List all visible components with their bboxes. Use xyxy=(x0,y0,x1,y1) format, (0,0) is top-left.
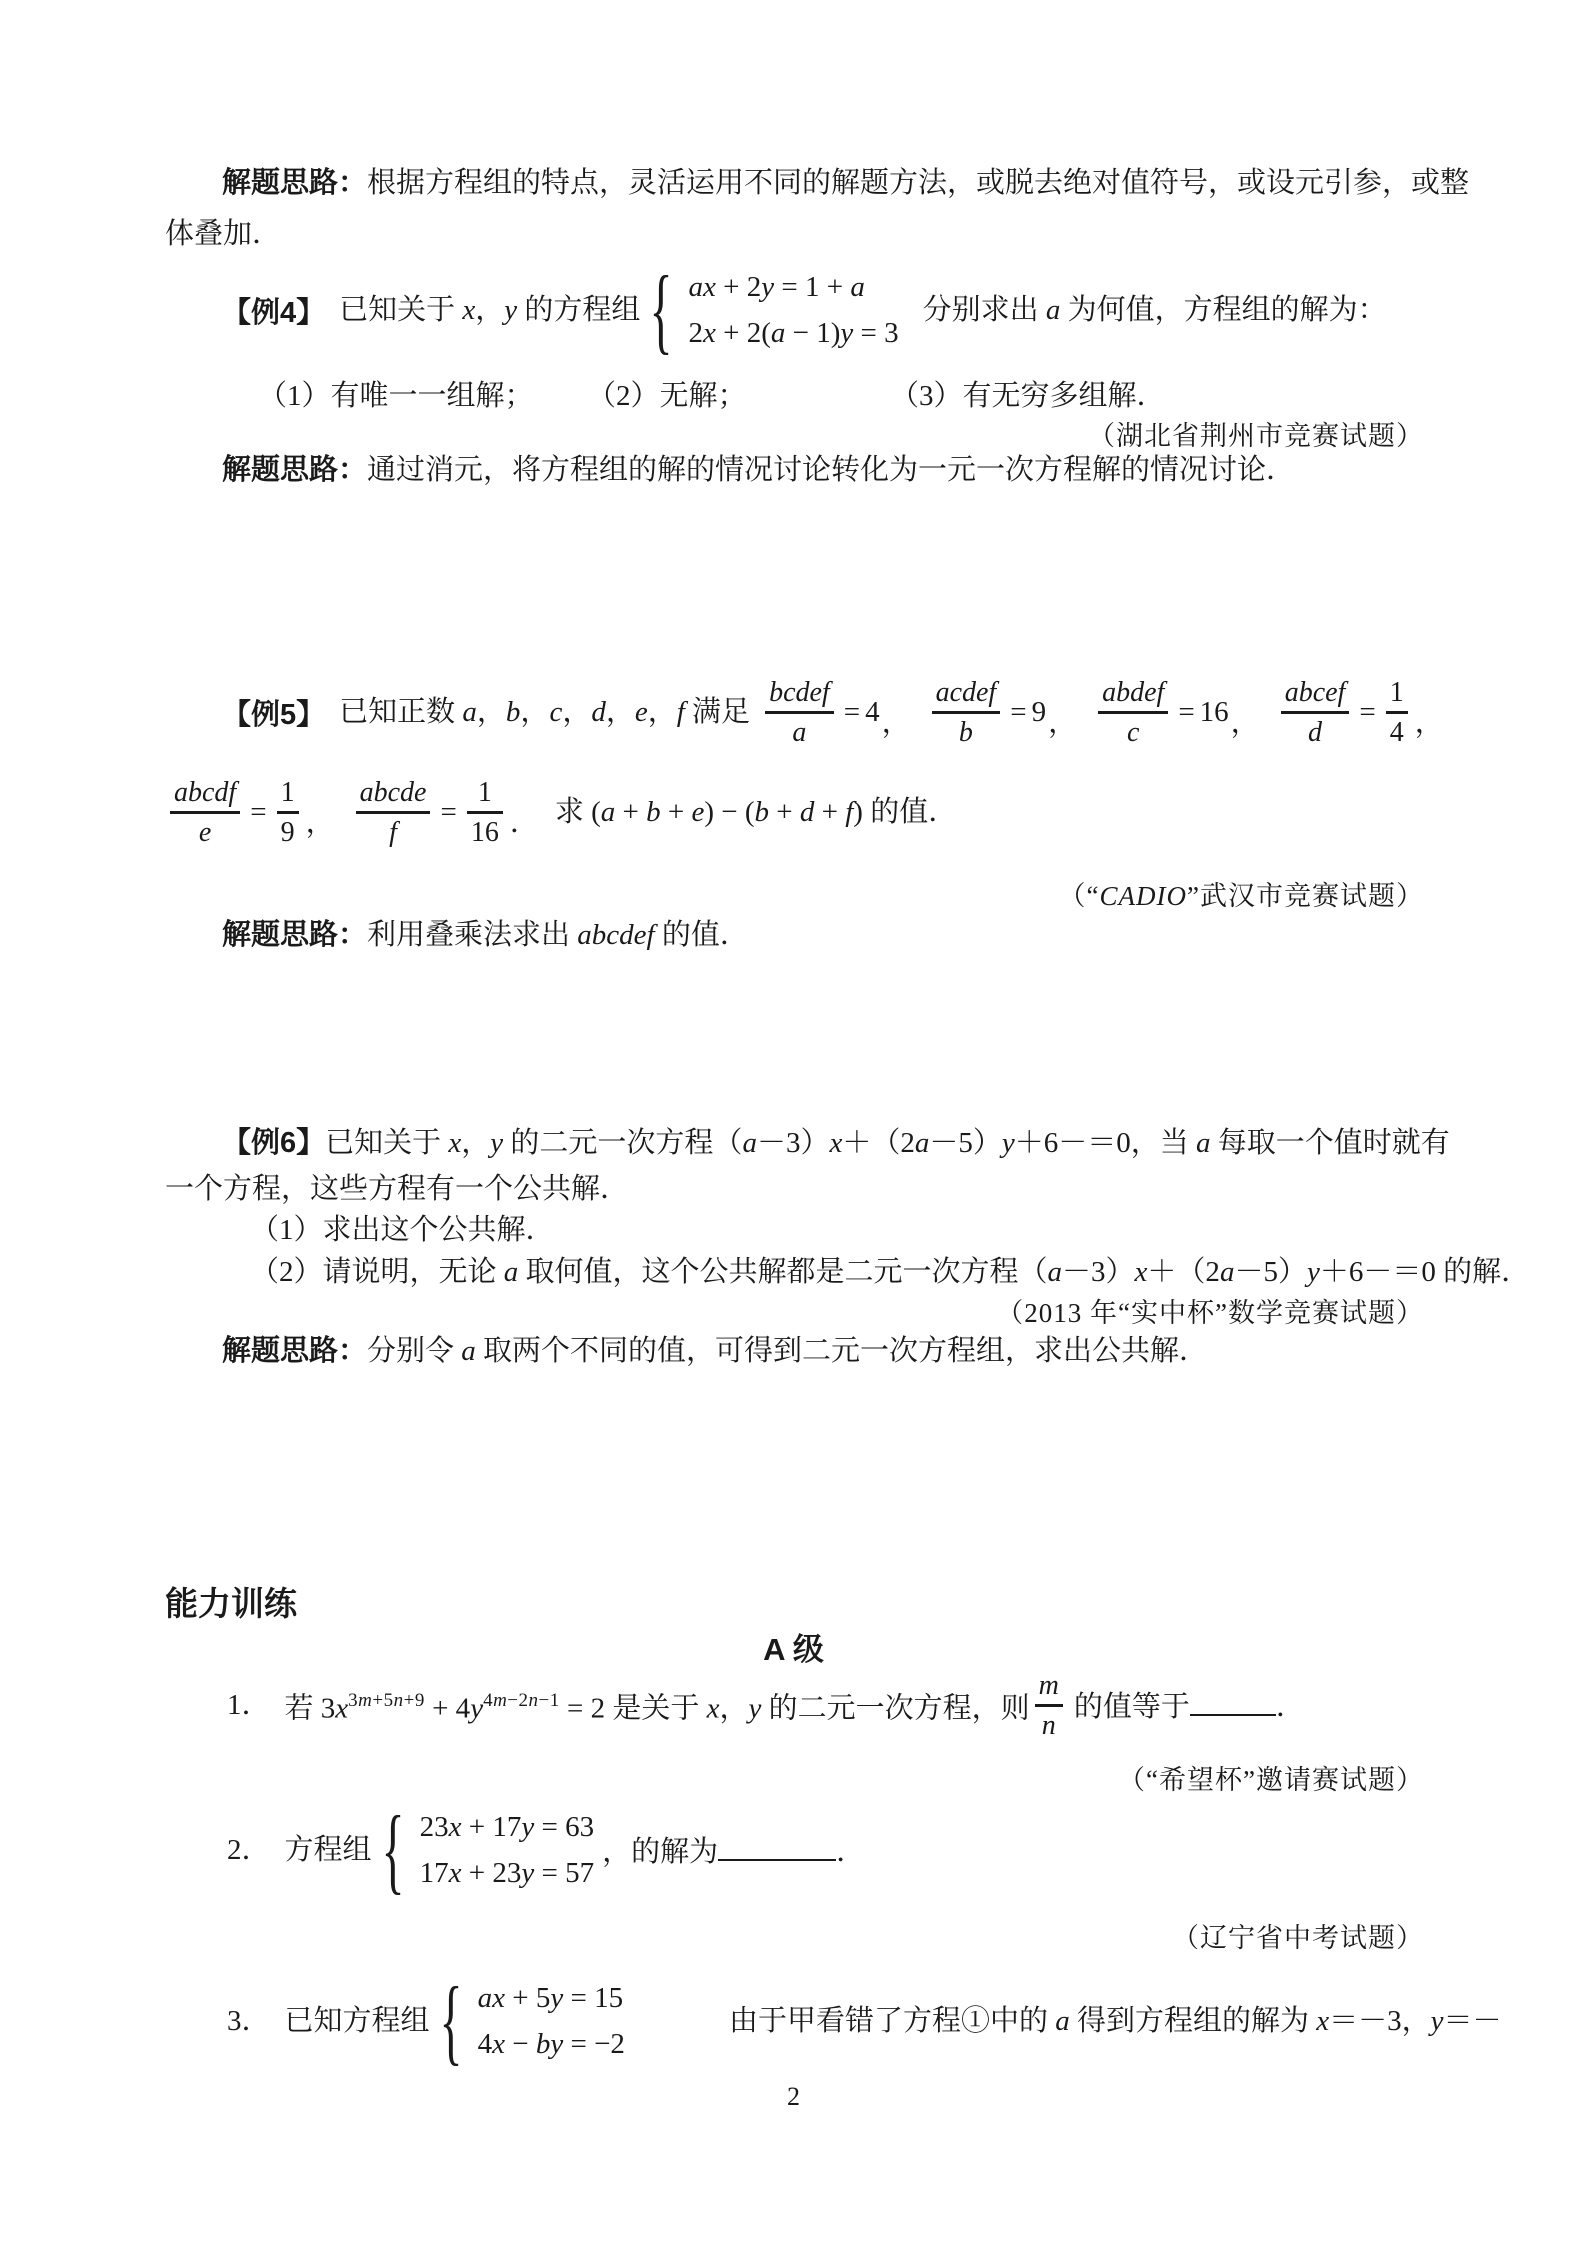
example-6-text-cont: 一个方程，这些方程有一个公共解． xyxy=(165,1173,629,1205)
problem-number: 3． xyxy=(227,2003,271,2039)
fraction-numerator: abcdf xyxy=(170,776,240,809)
exponent-1: 3m+5n+9 xyxy=(348,1690,425,1711)
fraction-numerator: abdef xyxy=(1098,676,1168,709)
period: ． xyxy=(1276,1691,1305,1723)
fraction-denominator: a xyxy=(788,716,810,749)
fraction-denominator: b xyxy=(955,716,977,749)
system-brace: { xyxy=(439,1973,462,2069)
example-4-suffix: 分别求出 a 为何值，方程组的解为： xyxy=(923,292,1387,328)
fraction-value: 116 xyxy=(467,776,503,849)
fraction-equation: abcefd = 14 ， xyxy=(1276,676,1444,749)
equation-line-2: 4x − by = −2 xyxy=(478,2024,625,2064)
equals-sign: = xyxy=(1010,696,1026,729)
value: 16 xyxy=(1200,696,1229,729)
problem-number: 2． xyxy=(227,1832,271,1868)
example-4-item-2: （2）无解； xyxy=(587,378,747,414)
comma: ， xyxy=(1048,700,1077,741)
fraction: mn xyxy=(1035,1669,1063,1742)
comma: ， xyxy=(882,700,911,741)
equals-sign: = xyxy=(1178,696,1194,729)
example-6-label: 【例6】 xyxy=(222,1127,325,1159)
comma: ， xyxy=(1415,700,1444,741)
fraction-bar xyxy=(1281,711,1350,714)
document-page: 解题思路：根据方程组的特点，灵活运用不同的解题方法，或脱去绝对值符号，或设元引参… xyxy=(0,0,1587,2245)
problem-2: 2． 方程组 { 23x + 17y = 63 17x + 23y = 57 ，… xyxy=(227,1796,865,1904)
example-6-solution-idea: 解题思路：分别令 a 取两个不同的值，可得到二元一次方程组，求出公共解． xyxy=(222,1333,1208,1369)
example-4-item-3: （3）有无穷多组解． xyxy=(890,378,1166,414)
example-5-row-2: abcdfe = 19 ， abcdef = 116 ． 求 (a + b + … xyxy=(165,752,957,872)
equation-line-2: 2x + 2(a − 1)y = 3 xyxy=(689,313,899,353)
fraction-numerator: m xyxy=(1035,1669,1063,1702)
solution-idea-label: 解题思路： xyxy=(222,167,367,199)
fraction-bar xyxy=(1098,711,1168,714)
fraction-bar xyxy=(765,711,834,714)
fraction-bar xyxy=(932,711,1001,714)
example-6-item-1: （1）求出这个公共解． xyxy=(250,1212,555,1248)
example-4-item-1: （1）有唯一一组解； xyxy=(258,378,534,414)
fraction-equation: abdefc = 16 ， xyxy=(1093,676,1260,749)
fraction: abcefd xyxy=(1281,676,1350,749)
problem-1-tail: 的值等于． xyxy=(1074,1685,1305,1725)
paragraph-line: 一个方程，这些方程有一个公共解． xyxy=(165,1166,1450,1212)
value: 4 xyxy=(865,696,880,729)
fraction: abdefc xyxy=(1098,676,1168,749)
example-5-source: （“CADIO”武汉市竞赛试题） xyxy=(1059,874,1424,913)
fraction: acdefb xyxy=(932,676,1001,749)
fraction-denominator: c xyxy=(1123,716,1143,749)
equals-sign: = xyxy=(250,796,266,829)
fraction-equation: bcdefa = 4 ， xyxy=(760,676,911,749)
equation-system: { 23x + 17y = 63 17x + 23y = 57 xyxy=(380,1802,595,1898)
problem-1-source: （“希望杯”邀请赛试题） xyxy=(1118,1758,1424,1797)
paragraph-line: 体叠加． xyxy=(165,209,1469,260)
equation-system: { ax + 2y = 1 + a 2x + 2(a − 1)y = 3 xyxy=(648,262,898,358)
fraction-bar xyxy=(1386,711,1408,714)
paragraph-line: 解题思路：根据方程组的特点，灵活运用不同的解题方法，或脱去绝对值符号，或设元引参… xyxy=(165,158,1469,209)
period: ． xyxy=(510,800,539,841)
paragraph-line: 【例6】已知关于 x，y 的二元一次方程（a－3）x＋（2a－5）y＋6－＝0，… xyxy=(165,1120,1450,1166)
exponent-2: 4m−2n−1 xyxy=(483,1690,560,1711)
fraction-denominator: n xyxy=(1038,1709,1060,1742)
problem-1: 1． 若 3x3m+5n+9 + 4y4m−2n−1 = 2 是关于 x，y 的… xyxy=(227,1655,1305,1755)
system-equations: 23x + 17y = 63 17x + 23y = 57 xyxy=(420,1807,594,1893)
fraction-numerator: 1 xyxy=(277,776,299,809)
example-4-solution-idea: 解题思路：通过消元，将方程组的解的情况讨论转化为一元一次方程解的情况讨论． xyxy=(222,452,1295,488)
equation-system: { ax + 5y = 15 4x − by = −2 xyxy=(438,1973,625,2069)
equation-line-1: 23x + 17y = 63 xyxy=(420,1807,594,1847)
expression-text: + 4y xyxy=(425,1693,483,1725)
solution-idea-text-cont: 体叠加． xyxy=(165,218,281,250)
tail-text: ，的解为 xyxy=(602,1836,718,1868)
fraction-bar xyxy=(356,811,431,814)
equals-sign: = xyxy=(1359,696,1375,729)
system-equations: ax + 2y = 1 + a 2x + 2(a − 1)y = 3 xyxy=(689,267,899,353)
problem-number: 1． xyxy=(227,1687,271,1723)
fraction-denominator: 4 xyxy=(1386,716,1408,749)
fraction-bar xyxy=(467,811,503,814)
problem-3-statement: 由于甲看错了方程①中的 a 得到方程组的解为 x＝－3，y＝－ xyxy=(729,2003,1502,2039)
fraction-value: 19 xyxy=(277,776,299,849)
example-4: 【例4】 已知关于 x，y 的方程组 { ax + 2y = 1 + a 2x … xyxy=(222,254,1387,366)
fraction-numerator: abcef xyxy=(1281,676,1350,709)
problem-2-source: （辽宁省中考试题） xyxy=(1172,1916,1424,1955)
problem-2-intro: 方程组 xyxy=(285,1832,372,1868)
example-6-source: （2013 年“实中杯”数学竞赛试题） xyxy=(996,1291,1424,1330)
solution-idea-label: 解题思路： xyxy=(222,1335,367,1367)
fraction-numerator: 1 xyxy=(1386,676,1408,709)
equals-sign: = xyxy=(844,696,860,729)
system-brace: { xyxy=(650,262,673,358)
example-4-label: 【例4】 xyxy=(222,290,325,331)
solution-idea-label: 解题思路： xyxy=(222,919,367,951)
fraction-denominator: d xyxy=(1304,716,1326,749)
example-6-item-2: （2）请说明，无论 a 取何值，这个公共解都是二元一次方程（a－3）x＋（2a－… xyxy=(250,1254,1530,1290)
comma: ， xyxy=(306,800,335,841)
problem-1-expression: 若 3x3m+5n+9 + 4y4m−2n−1 = 2 是关于 x，y 的二元一… xyxy=(285,1683,1030,1726)
example-6-text: 已知关于 x，y 的二元一次方程（a－3）x＋（2a－5）y＋6－＝0，当 a … xyxy=(325,1127,1450,1159)
comma: ， xyxy=(1231,700,1260,741)
solution-idea-label: 解题思路： xyxy=(222,454,367,486)
fraction: bcdefa xyxy=(765,676,834,749)
fraction-equation: abcdef = 116 ． xyxy=(351,776,539,849)
fraction-equation: acdefb = 9 ， xyxy=(927,676,1078,749)
fraction-denominator: 16 xyxy=(467,816,503,849)
expression-text: 若 3x xyxy=(285,1693,349,1725)
equation-line-1: ax + 2y = 1 + a xyxy=(689,267,899,307)
equation-line-2: 17x + 23y = 57 xyxy=(420,1853,594,1893)
fraction-numerator: 1 xyxy=(474,776,496,809)
problem-3: 3． 已知方程组 { ax + 5y = 15 4x − by = −2 由于甲… xyxy=(227,1966,1502,2076)
example-5-label: 【例5】 xyxy=(222,692,325,733)
solution-idea-text: 根据方程组的特点，灵活运用不同的解题方法，或脱去绝对值符号，或设元引参，或整 xyxy=(367,167,1469,199)
fraction-bar xyxy=(170,811,240,814)
fraction-denominator: e xyxy=(195,816,215,849)
value: 9 xyxy=(1032,696,1047,729)
example-5-intro: 已知正数 a，b，c，d，e，f 满足 xyxy=(339,694,750,730)
example-5-solution-idea: 解题思路：利用叠乘法求出 abcdef 的值． xyxy=(222,917,749,953)
fraction-bar xyxy=(277,811,299,814)
period: ． xyxy=(836,1836,865,1868)
system-brace: { xyxy=(381,1802,404,1898)
answer-blank xyxy=(1190,1685,1276,1716)
equals-sign: = xyxy=(440,796,456,829)
example-4-source: （湖北省荆州市竞赛试题） xyxy=(1088,414,1424,453)
tail-text: 的值等于 xyxy=(1074,1691,1190,1723)
fraction-numerator: bcdef xyxy=(765,676,834,709)
system-equations: ax + 5y = 15 4x − by = −2 xyxy=(478,1978,625,2064)
fraction-bar xyxy=(1035,1704,1063,1707)
example-5-question: 求 (a + b + e) − (b + d + f) 的值． xyxy=(555,794,957,830)
fraction: abcdfe xyxy=(170,776,240,849)
fraction-denominator: f xyxy=(385,816,401,849)
fraction-equation: abcdfe = 19 ， xyxy=(165,776,335,849)
solution-idea-text: 通过消元，将方程组的解的情况讨论转化为一元一次方程解的情况讨论． xyxy=(367,454,1295,486)
fraction-value: 14 xyxy=(1386,676,1408,749)
equation-line-1: ax + 5y = 15 xyxy=(478,1978,625,2018)
fraction-numerator: abcde xyxy=(356,776,431,809)
fraction: abcdef xyxy=(356,776,431,849)
intro-solution-idea: 解题思路：根据方程组的特点，灵活运用不同的解题方法，或脱去绝对值符号，或设元引参… xyxy=(165,158,1469,260)
problem-2-tail: ，的解为． xyxy=(602,1830,865,1870)
problem-3-intro: 已知方程组 xyxy=(285,2003,430,2039)
example-6: 【例6】已知关于 x，y 的二元一次方程（a－3）x＋（2a－5）y＋6－＝0，… xyxy=(165,1120,1450,1212)
solution-idea-text: 利用叠乘法求出 abcdef 的值． xyxy=(367,919,749,951)
page-number: 2 xyxy=(0,2082,1587,2112)
fraction-numerator: acdef xyxy=(932,676,1001,709)
fraction-denominator: 9 xyxy=(277,816,299,849)
expression-text: = 2 是关于 x，y 的二元一次方程，则 xyxy=(560,1693,1030,1725)
example-4-intro: 已知关于 x，y 的方程组 xyxy=(339,292,640,328)
solution-idea-text: 分别令 a 取两个不同的值，可得到二元一次方程组，求出公共解． xyxy=(367,1335,1208,1367)
answer-blank xyxy=(718,1830,836,1861)
section-title: 能力训练 xyxy=(165,1578,297,1625)
